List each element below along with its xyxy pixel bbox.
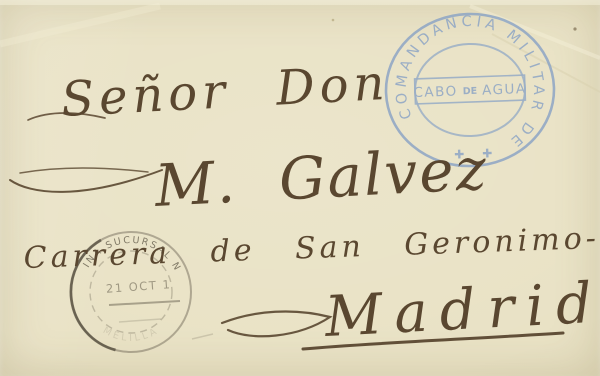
postmark-date: 21 OCT 1	[106, 277, 172, 296]
envelope-scan: COMANDANCIA MILITAR DE CABODEAGUA ✚ ✚ IN…	[0, 0, 600, 376]
address-line-4-city: Madrid	[322, 270, 600, 350]
envelope-artwork: COMANDANCIA MILITAR DE CABODEAGUA ✚ ✚ IN…	[0, 0, 600, 376]
address-line-1: Señor Don	[60, 55, 391, 128]
flourish-stroke	[20, 168, 148, 173]
crease-line	[0, 6, 160, 44]
postmark-stray-mark	[192, 334, 213, 339]
paper-speck	[573, 27, 576, 30]
paper-speck	[332, 19, 335, 22]
address-line-2: M. Galvez	[152, 135, 489, 220]
address-line-3: Carrera de San Geronimo- 1-	[23, 218, 600, 276]
paper-top-edge	[0, 0, 600, 5]
stamp-center-text: CABODEAGUA	[413, 81, 527, 101]
postmark-bottom-arc-text: MELILLA	[101, 325, 161, 344]
flourish-stroke	[10, 170, 162, 192]
flourish-stroke	[222, 311, 330, 336]
postmark-bar-faint	[119, 319, 161, 322]
